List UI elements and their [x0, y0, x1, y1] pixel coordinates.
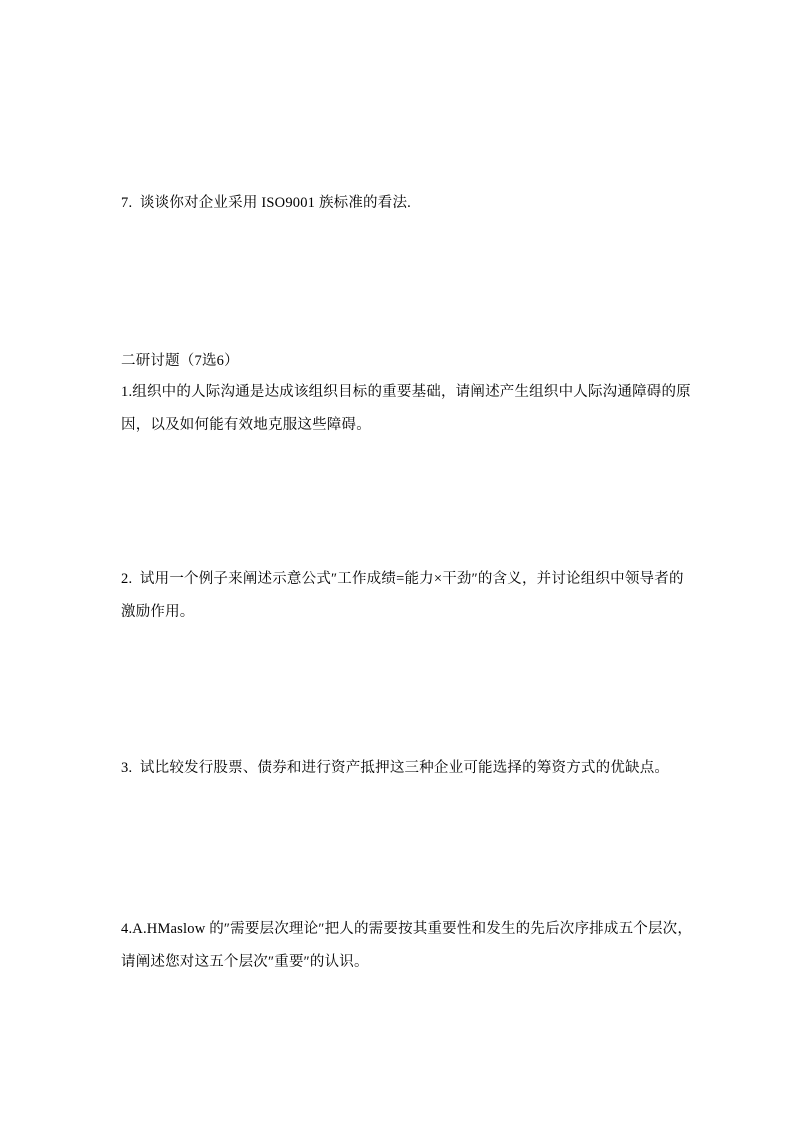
text-line: 2. 试用一个例子来阐述示意公式″工作成绩=能力×干劲″的含义，并讨论组织中领导…	[121, 563, 721, 596]
text-line: 因，以及如何能有效地克服这些障碍。	[121, 409, 721, 442]
question-3-text: 3. 试比较发行股票、债券和进行资产抵押这三种企业可能选择的筹资方式的优缺点。	[121, 752, 721, 785]
question-2-text: 2. 试用一个例子来阐述示意公式″工作成绩=能力×干劲″的含义，并讨论组织中领导…	[121, 563, 721, 629]
text-line: 请阐述您对这五个层次″重要″的认识。	[121, 946, 721, 979]
text-line: 二研讨题（7选6）	[121, 345, 721, 378]
question-7-text: 7. 谈谈你对企业采用 ISO9001 族标准的看法.	[121, 187, 721, 220]
text-line: 1.组织中的人际沟通是达成该组织目标的重要基础，请阐述产生组织中人际沟通障碍的原	[121, 376, 721, 409]
section-heading: 二研讨题（7选6）	[121, 345, 721, 378]
document-page: 7. 谈谈你对企业采用 ISO9001 族标准的看法. 二研讨题（7选6） 1.…	[0, 0, 794, 1123]
text-line: 3. 试比较发行股票、债券和进行资产抵押这三种企业可能选择的筹资方式的优缺点。	[121, 752, 721, 785]
question-4-text: 4.A.HMaslow 的″需要层次理论″把人的需要按其重要性和发生的先后次序排…	[121, 913, 721, 979]
question-1-text: 1.组织中的人际沟通是达成该组织目标的重要基础，请阐述产生组织中人际沟通障碍的原…	[121, 376, 721, 442]
text-line: 激励作用。	[121, 596, 721, 629]
text-line: 4.A.HMaslow 的″需要层次理论″把人的需要按其重要性和发生的先后次序排…	[121, 913, 721, 946]
text-line: 7. 谈谈你对企业采用 ISO9001 族标准的看法.	[121, 187, 721, 220]
